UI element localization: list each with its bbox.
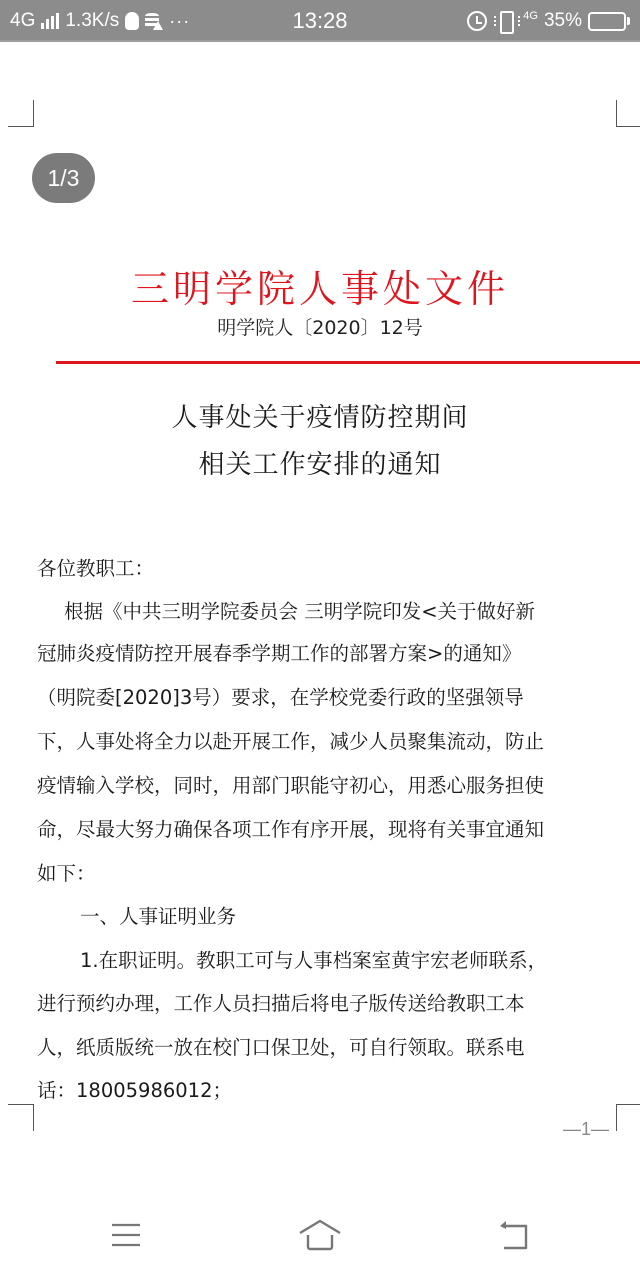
- item-line: 进行预约办理，工作人员扫描后将电子版传送给教职工本: [37, 988, 525, 1016]
- paragraph-line: （明院委[2020]3号）要求，在学校党委行政的坚强领导: [37, 682, 524, 710]
- status-right: 4G 35%: [467, 10, 630, 32]
- storage-warning-icon: [145, 12, 163, 30]
- home-button[interactable]: [290, 1210, 350, 1260]
- paragraph-line: 如下：: [37, 858, 96, 886]
- system-nav-bar: [0, 1180, 640, 1280]
- battery-icon: [588, 12, 630, 31]
- crop-mark-top-right: [616, 100, 640, 127]
- salutation: 各位教职工：: [37, 553, 154, 581]
- item-line: 话：18005986012；: [37, 1075, 232, 1103]
- network-speed: 1.3K/s: [65, 10, 119, 32]
- back-icon: [498, 1219, 532, 1251]
- page-footer-number: —1—: [563, 1119, 609, 1140]
- paragraph-line: 疫情输入学校，同时，用部门职能守初心，用悉心服务担使: [37, 770, 544, 798]
- menu-button[interactable]: [96, 1210, 156, 1260]
- status-bar: 4G 1.3K/s ··· 13:28 4G 35%: [0, 0, 640, 42]
- item-line: 1.在职证明。教职工可与人事档案室黄宇宏老师联系，: [80, 945, 547, 973]
- status-left: 4G 1.3K/s ···: [10, 10, 190, 32]
- mobile-data-icon: 4G: [523, 11, 538, 22]
- document-body: 各位教职工： 根据《中共三明学院委员会 三明学院印发<关于做好新 冠肺炎疫情防控…: [37, 42, 617, 1142]
- home-icon: [298, 1219, 342, 1251]
- item-line: 人，纸质版统一放在校门口保卫处，可自行领取。联系电: [37, 1032, 525, 1060]
- qq-icon: [125, 12, 139, 30]
- paragraph-line: 冠肺炎疫情防控开展春季学期工作的部署方案>的通知》: [37, 638, 521, 666]
- battery-percent: 35%: [544, 10, 582, 32]
- crop-mark-top-left: [8, 100, 34, 127]
- crop-mark-bottom-right: [616, 1104, 640, 1131]
- vibrate-icon: [493, 10, 517, 32]
- paragraph-line: 命，尽最大努力确保各项工作有序开展，现将有关事宜通知: [37, 814, 544, 842]
- paragraph-line: 根据《中共三明学院委员会 三明学院印发<关于做好新: [64, 596, 535, 624]
- menu-icon: [111, 1222, 141, 1248]
- alarm-icon: [467, 11, 487, 31]
- document-viewer[interactable]: 1/3 三明学院人事处文件 明学院人〔2020〕12号 人事处关于疫情防控期间 …: [0, 42, 640, 1180]
- signal-icon: [41, 13, 59, 29]
- back-button[interactable]: [485, 1210, 545, 1260]
- paragraph-line: 下，人事处将全力以赴开展工作，减少人员聚集流动，防止: [37, 726, 544, 754]
- section-heading: 一、人事证明业务: [80, 901, 236, 929]
- network-type: 4G: [10, 10, 35, 32]
- crop-mark-bottom-left: [8, 1104, 34, 1131]
- more-notifications-icon: ···: [169, 11, 190, 32]
